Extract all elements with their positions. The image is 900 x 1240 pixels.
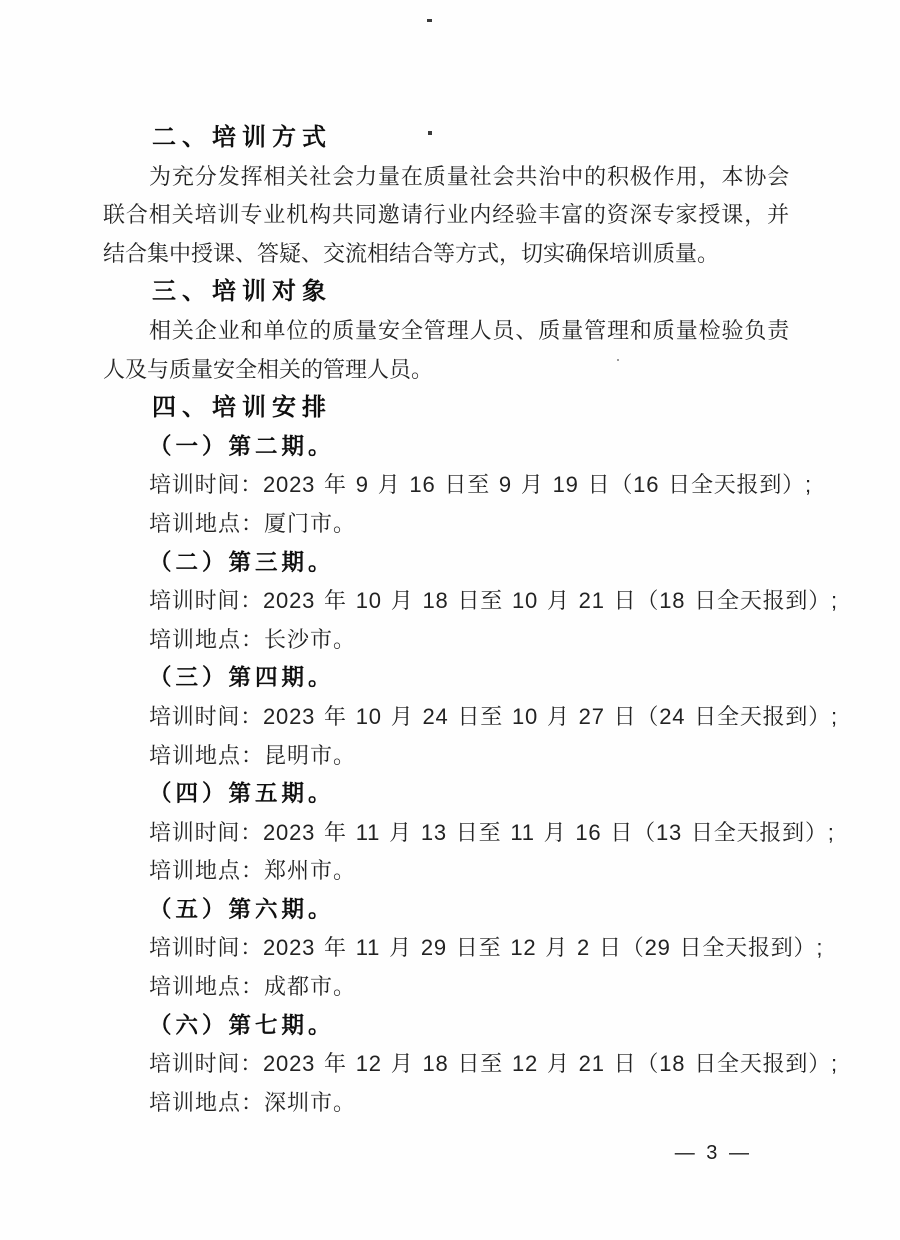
section-heading-training-schedule: 四、培训安排 xyxy=(103,389,793,428)
session-label: （三）第四期。 xyxy=(103,659,793,698)
document-page: 二、培训方式 为充分发挥相关社会力量在质量社会共治中的积极作用，本协会 联合相关… xyxy=(0,0,900,1240)
session-location: 培训地点：深圳市。 xyxy=(103,1084,793,1123)
paragraph-line: 为充分发挥相关社会力量在质量社会共治中的积极作用，本协会 xyxy=(103,158,793,197)
session-time: 培训时间：2023 年 12 月 18 日至 12 月 21 日（18 日全天报… xyxy=(103,1045,793,1084)
session-time: 培训时间：2023 年 11 月 13 日至 11 月 16 日（13 日全天报… xyxy=(103,814,793,853)
session-location: 培训地点：昆明市。 xyxy=(103,737,793,776)
session-location: 培训地点：长沙市。 xyxy=(103,621,793,660)
session-label: （五）第六期。 xyxy=(103,891,793,930)
paragraph-line: 相关企业和单位的质量安全管理人员、质量管理和质量检验负责 xyxy=(103,312,793,351)
session-label: （二）第三期。 xyxy=(103,544,793,583)
session-time: 培训时间：2023 年 11 月 29 日至 12 月 2 日（29 日全天报到… xyxy=(103,929,793,968)
session-label: （六）第七期。 xyxy=(103,1007,793,1046)
scan-speckle xyxy=(427,19,432,22)
session-time: 培训时间：2023 年 10 月 24 日至 10 月 27 日（24 日全天报… xyxy=(103,698,793,737)
session-time: 培训时间：2023 年 9 月 16 日至 9 月 19 日（16 日全天报到）… xyxy=(103,466,793,505)
session-time: 培训时间：2023 年 10 月 18 日至 10 月 21 日（18 日全天报… xyxy=(103,582,793,621)
page-number: — 3 — xyxy=(675,1142,752,1165)
session-location: 培训地点：郑州市。 xyxy=(103,852,793,891)
paragraph-line: 人及与质量安全相关的管理人员。 xyxy=(103,351,793,390)
session-label: （四）第五期。 xyxy=(103,775,793,814)
session-location: 培训地点：厦门市。 xyxy=(103,505,793,544)
session-location: 培训地点：成都市。 xyxy=(103,968,793,1007)
paragraph-line: 联合相关培训专业机构共同邀请行业内经验丰富的资深专家授课，并 xyxy=(103,196,793,235)
document-content: 二、培训方式 为充分发挥相关社会力量在质量社会共治中的积极作用，本协会 联合相关… xyxy=(103,119,793,1122)
session-label: （一）第二期。 xyxy=(103,428,793,467)
paragraph-line: 结合集中授课、答疑、交流相结合等方式，切实确保培训质量。 xyxy=(103,235,793,274)
section-heading-training-method: 二、培训方式 xyxy=(103,119,793,158)
section-heading-training-audience: 三、培训对象 xyxy=(103,273,793,312)
